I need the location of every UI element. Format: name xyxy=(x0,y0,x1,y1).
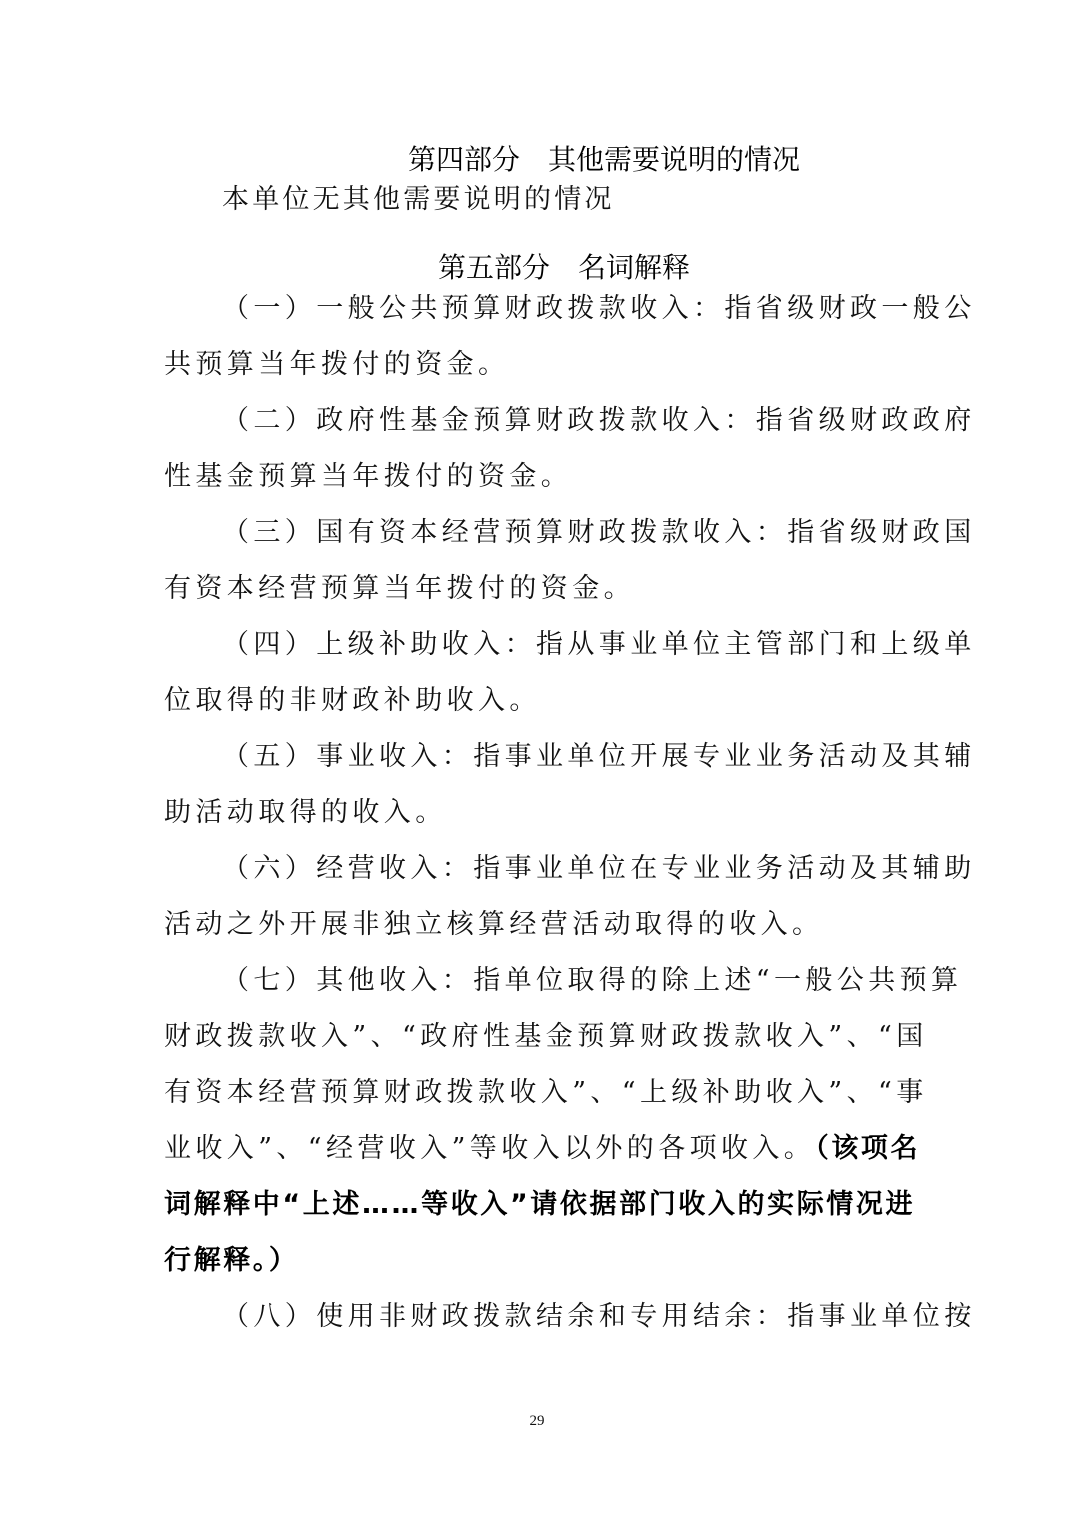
definition-7-line1: （七）其他收入：指单位取得的除上述“一般公共预算 xyxy=(222,964,962,998)
definition-6-line1: （六）经营收入：指事业单位在专业业务活动及其辅助 xyxy=(222,852,976,886)
definition-7-line2: 财政拨款收入”、“政府性基金预算财政拨款收入”、“国 xyxy=(164,1020,928,1054)
section5-heading: 第五部分 名词解释 xyxy=(438,250,690,286)
editor-note-line2: 词解释中“上述……等收入”请依据部门收入的实际情况进 xyxy=(164,1188,915,1222)
definition-4-line2: 位取得的非财政补助收入。 xyxy=(164,684,541,718)
definition-5-line2: 助活动取得的收入。 xyxy=(164,796,447,830)
definition-8-line1: （八）使用非财政拨款结余和专用结余：指事业单位按 xyxy=(222,1300,976,1334)
section4-body: 本单位无其他需要说明的情况 xyxy=(222,183,615,217)
page-number: 29 xyxy=(0,1413,1074,1430)
definition-7-line4: 业收入”、“经营收入”等收入以外的各项收入。（该项名 xyxy=(164,1132,920,1166)
editor-note-line3: 行解释。） xyxy=(164,1244,299,1278)
editor-note: （该项名 xyxy=(815,1133,920,1164)
definition-5-line1: （五）事业收入：指事业单位开展专业业务活动及其辅 xyxy=(222,740,976,774)
definition-2-line2: 性基金预算当年拨付的资金。 xyxy=(164,460,572,494)
definition-3-line2: 有资本经营预算当年拨付的资金。 xyxy=(164,572,635,606)
definition-1-line1: （一）一般公共预算财政拨款收入：指省级财政一般公 xyxy=(222,292,976,326)
definition-1-line2: 共预算当年拨付的资金。 xyxy=(164,348,509,382)
definition-2-line1: （二）政府性基金预算财政拨款收入：指省级财政政府 xyxy=(222,404,976,438)
definition-6-line2: 活动之外开展非独立核算经营活动取得的收入。 xyxy=(164,908,823,942)
definition-3-line1: （三）国有资本经营预算财政拨款收入：指省级财政国 xyxy=(222,516,976,550)
definition-4-line1: （四）上级补助收入：指从事业单位主管部门和上级单 xyxy=(222,628,976,662)
definition-7-line3: 有资本经营预算财政拨款收入”、“上级补助收入”、“事 xyxy=(164,1076,928,1110)
section4-heading: 第四部分 其他需要说明的情况 xyxy=(408,142,800,178)
definition-7-text: 业收入”、“经营收入”等收入以外的各项收入。 xyxy=(164,1133,815,1164)
